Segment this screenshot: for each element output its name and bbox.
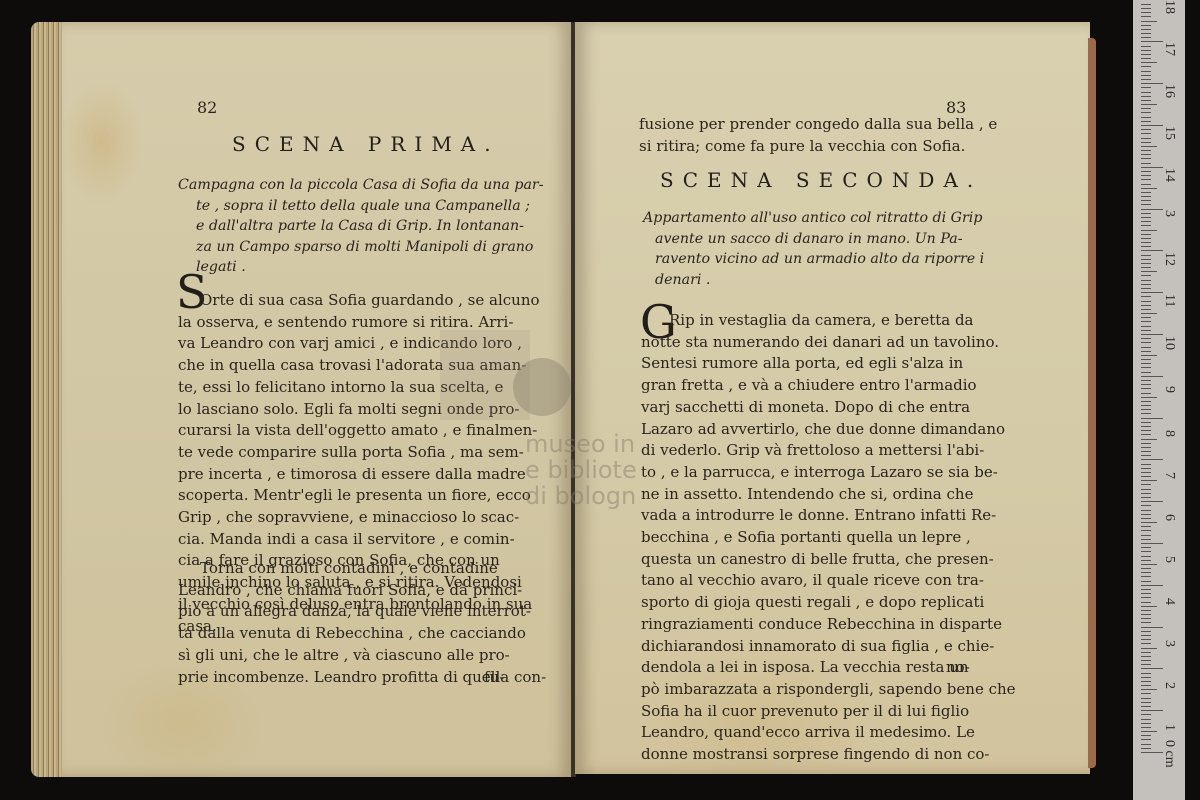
ruler-tick [1141, 188, 1157, 189]
ruler-tick [1141, 41, 1163, 42]
ruler-tick [1141, 288, 1151, 289]
text-line: di vederlo. Grip và frettoloso a metters… [641, 440, 1016, 462]
right-rubric: Appartamento all'uso antico col ritratto… [643, 208, 984, 290]
ruler-tick [1141, 4, 1151, 5]
ruler-label: 16 [1161, 84, 1177, 98]
ruler-tick [1141, 259, 1151, 260]
ruler-tick [1141, 133, 1151, 134]
ruler-tick [1141, 338, 1151, 339]
ruler-tick [1141, 301, 1151, 302]
right-catchword: no- [946, 658, 970, 676]
ruler-tick [1141, 267, 1151, 268]
ruler-tick [1141, 543, 1163, 544]
ruler-tick [1141, 171, 1151, 172]
ruler-tick [1141, 685, 1151, 686]
ruler-tick [1141, 627, 1163, 628]
left-folio: 82 [197, 98, 217, 117]
ruler-tick [1141, 359, 1151, 360]
ruler-tick [1141, 480, 1157, 481]
ruler-tick [1141, 464, 1151, 465]
ruler-tick [1141, 698, 1151, 699]
left-scene-title: SCENA PRIMA. [232, 132, 500, 156]
ruler-tick [1141, 388, 1151, 389]
ruler-tick [1141, 117, 1151, 118]
rubric-line: te , sopra il tetto della quale una Camp… [178, 196, 544, 217]
text-line: Rip in vestaglia da camera, e beretta da [641, 310, 1016, 332]
ruler-tick [1141, 668, 1163, 669]
ruler-tick [1141, 225, 1151, 226]
rubric-line: Campagna con la piccola Casa di Sofia da… [178, 175, 544, 196]
rubric-line: ravento vicino ad un armadio alto da rip… [643, 249, 984, 270]
text-line: pre incerta , e timorosa di essere dalla… [178, 464, 540, 486]
ruler-tick [1141, 714, 1151, 715]
ruler-tick [1141, 622, 1151, 623]
ruler-tick [1141, 217, 1151, 218]
ruler-tick [1141, 451, 1151, 452]
ruler-tick [1141, 121, 1151, 122]
ruler-tick [1141, 66, 1151, 67]
text-line: fusione per prender congedo dalla sua be… [639, 114, 997, 136]
ruler-label: 12 [1161, 252, 1177, 266]
ruler-tick [1141, 58, 1151, 59]
text-line: sporto di gioja questi regali , e dopo r… [641, 592, 1016, 614]
ruler-tick [1141, 723, 1151, 724]
ruler-tick [1141, 744, 1151, 745]
ruler-tick [1141, 455, 1151, 456]
ruler-tick [1141, 200, 1151, 201]
ruler-tick [1141, 46, 1151, 47]
ruler-tick [1141, 71, 1151, 72]
ruler-label: 5 [1161, 556, 1177, 563]
text-line: Leandro, quand'ecco arriva il medesimo. … [641, 722, 1016, 744]
ruler-tick [1141, 347, 1151, 348]
ruler-tick [1141, 142, 1151, 143]
ruler-unit-label: 0 cm [1161, 740, 1177, 768]
watermark-text-line: e bibliote [525, 456, 637, 484]
ruler-tick [1141, 443, 1151, 444]
ruler-tick [1141, 564, 1157, 565]
ruler-tick [1141, 112, 1151, 113]
ruler-tick [1141, 409, 1151, 410]
ruler-tick [1141, 689, 1157, 690]
ruler-tick [1141, 397, 1157, 398]
ruler-tick [1141, 547, 1151, 548]
ruler-tick [1141, 234, 1151, 235]
ruler-label: 11 [1161, 294, 1177, 307]
ruler-tick [1141, 213, 1151, 214]
ruler-label: 3 [1161, 210, 1177, 217]
ruler-tick [1141, 192, 1151, 193]
ruler-tick [1141, 489, 1151, 490]
ruler-tick [1141, 309, 1151, 310]
ruler-tick [1141, 263, 1151, 264]
ruler-tick [1141, 593, 1151, 594]
text-line: scoperta. Mentr'egli le presenta un fior… [178, 485, 540, 507]
ruler-tick [1141, 317, 1151, 318]
ruler-tick [1141, 380, 1151, 381]
watermark-text-line: di bologn [525, 482, 636, 510]
ruler-tick [1141, 556, 1151, 557]
ruler-tick [1141, 363, 1151, 364]
ruler-tick [1141, 16, 1151, 17]
rubric-line: e dall'altra parte la Casa di Grip. In l… [178, 216, 544, 237]
ruler-tick [1141, 606, 1157, 607]
text-line: Orte di sua casa Sofia guardando , se al… [178, 290, 540, 312]
ruler-tick [1141, 92, 1151, 93]
ruler-label: 7 [1161, 472, 1177, 479]
text-line: si ritira; come fa pure la vecchia con S… [639, 136, 997, 158]
right-scene-title: SCENA SECONDA. [660, 168, 982, 192]
ruler-tick [1141, 568, 1151, 569]
ruler-tick [1141, 242, 1151, 243]
ruler-tick [1141, 660, 1151, 661]
ruler-tick [1141, 518, 1151, 519]
ruler-tick [1141, 96, 1151, 97]
right-page-edge [1088, 38, 1096, 768]
ruler-tick [1141, 238, 1151, 239]
right-body: Rip in vestaglia da camera, e beretta da… [641, 310, 1016, 766]
text-line: pò imbarazzata a rispondergli, sapendo b… [641, 679, 1016, 701]
text-line: sì gli uni, che le altre , và ciascuno a… [178, 645, 546, 667]
ruler-tick [1141, 748, 1151, 749]
ruler-tick [1141, 677, 1151, 678]
ruler-tick [1141, 25, 1151, 26]
left-rubric: Campagna con la piccola Casa di Sofia da… [178, 175, 544, 278]
ruler-tick [1141, 597, 1151, 598]
ruler-tick [1141, 384, 1151, 385]
ruler-tick [1141, 472, 1151, 473]
text-line: questa un canestro di belle frutta, che … [641, 549, 1016, 571]
ruler-tick [1141, 33, 1151, 34]
ruler-tick [1141, 719, 1151, 720]
ruler-tick [1141, 648, 1157, 649]
ruler-tick [1141, 476, 1151, 477]
ruler-tick [1141, 618, 1151, 619]
ruler-label: 4 [1161, 598, 1177, 605]
text-line: donne mostransi sorprese fingendo di non… [641, 744, 1016, 766]
watermark-logo-circle [513, 358, 571, 416]
ruler-tick [1141, 83, 1163, 84]
ruler-tick [1141, 560, 1151, 561]
ruler-tick [1141, 710, 1163, 711]
text-line: curarsi la vista dell'oggetto amato , e … [178, 420, 540, 442]
ruler-tick [1141, 572, 1151, 573]
watermark-text-line: museo in [525, 430, 635, 458]
ruler-tick [1141, 581, 1151, 582]
text-line: dichiarandosi innamorato di sua figlia ,… [641, 636, 1016, 658]
ruler-label: 14 [1161, 168, 1177, 182]
ruler-tick [1141, 706, 1151, 707]
ruler-tick [1141, 522, 1157, 523]
ruler-tick [1141, 739, 1151, 740]
ruler-tick [1141, 230, 1157, 231]
ruler-tick [1141, 752, 1163, 753]
ruler-tick [1141, 321, 1151, 322]
left-catchword: fu- [484, 668, 504, 686]
ruler-tick [1141, 175, 1151, 176]
text-line: ne in assetto. Intendendo che si, ordina… [641, 484, 1016, 506]
text-line: Sofia ha il cuor prevenuto per il di lui… [641, 701, 1016, 723]
ruler-tick [1141, 493, 1151, 494]
ruler-tick [1141, 138, 1151, 139]
ruler-tick [1141, 576, 1151, 577]
text-line: ringraziamenti conduce Rebecchina in dis… [641, 614, 1016, 636]
ruler-tick [1141, 167, 1163, 168]
ruler-tick [1141, 271, 1157, 272]
ruler-label: 15 [1161, 126, 1177, 140]
ruler-label: 6 [1161, 514, 1177, 521]
ruler-tick [1141, 656, 1151, 657]
ruler-tick [1141, 250, 1163, 251]
ruler-tick [1141, 292, 1163, 293]
ruler-tick [1141, 12, 1151, 13]
ruler-tick [1141, 342, 1151, 343]
ruler-tick [1141, 100, 1151, 101]
ruler-tick [1141, 731, 1157, 732]
ruler-tick [1141, 372, 1151, 373]
ruler-tick [1141, 643, 1151, 644]
ruler-tick [1141, 635, 1151, 636]
ruler-tick [1141, 87, 1151, 88]
ruler-tick [1141, 280, 1151, 281]
text-line: Torna con molti contadini , e contadine [178, 558, 546, 580]
ruler-tick [1141, 681, 1151, 682]
text-line: vada a introdurre le donne. Entrano infa… [641, 505, 1016, 527]
ruler-tick [1141, 179, 1151, 180]
ruler-tick [1141, 639, 1151, 640]
ruler-tick [1141, 497, 1151, 498]
ruler-tick [1141, 664, 1151, 665]
ruler-tick [1141, 413, 1151, 414]
ruler-tick [1141, 204, 1151, 205]
ruler-tick [1141, 526, 1151, 527]
ruler-tick [1141, 551, 1151, 552]
ruler-label: 2 [1161, 682, 1177, 689]
ruler-tick [1141, 614, 1151, 615]
ruler-label: 10 [1161, 336, 1177, 350]
ruler-tick [1141, 75, 1151, 76]
ruler-tick [1141, 434, 1151, 435]
ruler-tick [1141, 108, 1151, 109]
text-line: becchina , e Sofia portanti quella un le… [641, 527, 1016, 549]
ruler-tick [1141, 196, 1151, 197]
text-line: pio a un allegra danza, la quale viene i… [178, 601, 546, 623]
ruler-tick [1141, 8, 1151, 9]
ruler-tick [1141, 426, 1151, 427]
text-line: cia. Manda indi a casa il servitore , e … [178, 529, 540, 551]
ruler-tick [1141, 468, 1151, 469]
ruler-tick [1141, 355, 1157, 356]
ruler-tick [1141, 50, 1151, 51]
ruler-tick [1141, 418, 1163, 419]
text-line: ta dalla venuta di Rebecchina , che cacc… [178, 623, 546, 645]
ruler-tick [1141, 447, 1151, 448]
text-line: Sentesi rumore alla porta, ed egli s'alz… [641, 353, 1016, 375]
ruler-tick [1141, 150, 1151, 151]
text-line: varj sacchetti di moneta. Dopo di che en… [641, 397, 1016, 419]
ruler-tick [1141, 393, 1151, 394]
ruler-tick [1141, 104, 1157, 105]
ruler-tick [1141, 505, 1151, 506]
ruler-tick [1141, 326, 1151, 327]
ruler-tick [1141, 652, 1151, 653]
measurement-ruler: 0 cm 1 2 3 4 5 6 7 8 9 10 11 12 3 14 15 … [1133, 0, 1185, 800]
ruler-tick [1141, 146, 1157, 147]
ruler-tick [1141, 631, 1151, 632]
rubric-line: za un Campo sparso di molti Manipoli di … [178, 237, 544, 258]
ruler-label: 3 [1161, 640, 1177, 647]
ruler-tick [1141, 129, 1151, 130]
ruler-tick [1141, 430, 1151, 431]
ruler-tick [1141, 284, 1151, 285]
ruler-tick [1141, 296, 1151, 297]
ruler-tick [1141, 62, 1157, 63]
ruler-tick [1141, 484, 1151, 485]
ruler-tick [1141, 163, 1151, 164]
text-line: Lazaro ad avvertirlo, che due donne dima… [641, 419, 1016, 441]
text-line: to , e la parrucca, e interroga Lazaro s… [641, 462, 1016, 484]
ruler-tick [1141, 585, 1163, 586]
ruler-tick [1141, 510, 1151, 511]
ruler-tick [1141, 54, 1151, 55]
ruler-tick [1141, 305, 1151, 306]
text-line: Grip , che sopravviene, e minaccioso lo … [178, 507, 540, 529]
right-carryover: fusione per prender congedo dalla sua be… [639, 114, 997, 157]
ruler-tick [1141, 693, 1151, 694]
ruler-tick [1141, 727, 1151, 728]
ruler-tick [1141, 422, 1151, 423]
ruler-tick [1141, 735, 1151, 736]
ruler-tick [1141, 275, 1151, 276]
text-line: te vede comparire sulla porta Sofia , ma… [178, 442, 540, 464]
ruler-label: 1 [1161, 724, 1177, 731]
ruler-tick [1141, 221, 1151, 222]
ruler-tick [1141, 158, 1151, 159]
ruler-tick [1141, 154, 1151, 155]
rubric-line: Appartamento all'uso antico col ritratto… [643, 208, 984, 229]
rubric-line: avente un sacco di danaro in mano. Un Pa… [643, 229, 984, 250]
ruler-tick [1141, 405, 1151, 406]
ruler-tick [1141, 702, 1151, 703]
scan-background: 82 SCENA PRIMA. Campagna con la piccola … [0, 0, 1200, 800]
ruler-tick [1141, 209, 1163, 210]
ruler-tick [1141, 125, 1163, 126]
ruler-tick [1141, 37, 1151, 38]
ruler-tick [1141, 313, 1157, 314]
ruler-tick [1141, 673, 1151, 674]
ruler-tick [1141, 514, 1151, 515]
ruler-tick [1141, 439, 1157, 440]
ruler-tick [1141, 530, 1151, 531]
ruler-tick [1141, 334, 1163, 335]
ruler-tick [1141, 79, 1151, 80]
text-line: notte sta numerando dei danari ad un tav… [641, 332, 1016, 354]
text-line: Leandro , che chiama fuori Sofia, e dà p… [178, 580, 546, 602]
ruler-tick [1141, 602, 1151, 603]
ruler-tick [1141, 255, 1151, 256]
ruler-tick [1141, 21, 1157, 22]
text-line: gran fretta , e và a chiudere entro l'ar… [641, 375, 1016, 397]
ruler-label: 8 [1161, 430, 1177, 437]
ruler-tick [1141, 401, 1151, 402]
ruler-tick [1141, 367, 1151, 368]
rubric-line: denari . [643, 270, 984, 291]
ruler-tick [1141, 29, 1151, 30]
ruler-tick [1141, 501, 1163, 502]
ruler-label: 18 [1161, 0, 1177, 14]
ruler-tick [1141, 459, 1163, 460]
ruler-tick [1141, 610, 1151, 611]
ruler-label: 9 [1161, 386, 1177, 393]
ruler-label: 17 [1161, 42, 1177, 56]
ruler-tick [1141, 539, 1151, 540]
ruler-tick [1141, 184, 1151, 185]
text-line: tano al vecchio avaro, il quale riceve c… [641, 570, 1016, 592]
ruler-tick [1141, 246, 1151, 247]
ruler-tick [1141, 589, 1151, 590]
ruler-tick [1141, 535, 1151, 536]
ruler-tick [1141, 330, 1151, 331]
ruler-tick [1141, 376, 1163, 377]
ruler-tick [1141, 351, 1151, 352]
rubric-line: legati . [178, 257, 544, 278]
